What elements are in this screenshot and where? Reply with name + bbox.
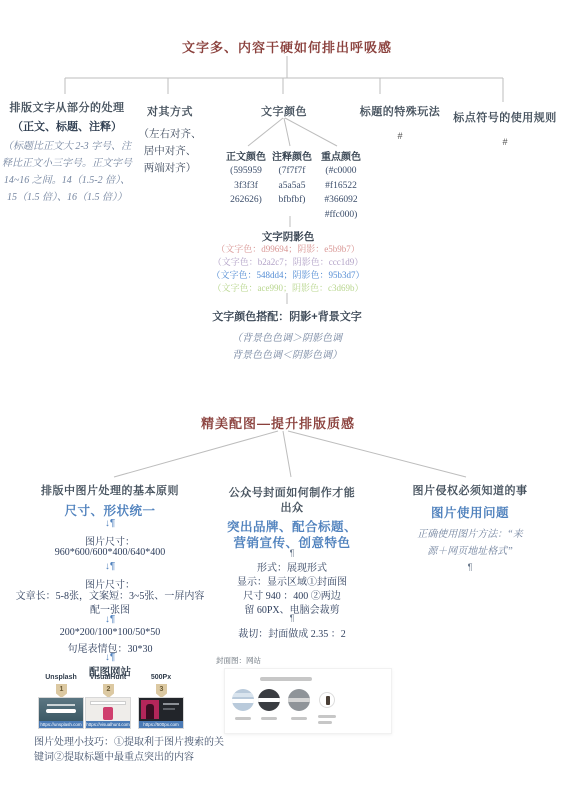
branch-text-parts-note: （标题比正文大 2-3 字号、注释比正文小三字号。正文字号 14~16 之间。1… [2, 138, 132, 206]
cover-size-line: 尺寸 940 ：400 ②两边 [243, 587, 341, 602]
cover-display-line: 显示：显示区域①封面图 [237, 573, 347, 588]
image-usage-subhead: 图片使用问题 [431, 503, 509, 521]
thumb-text-line [47, 704, 75, 706]
alignment-line: （左右对齐、 [139, 126, 202, 143]
branch-alignment-header: 对其方式 [147, 103, 193, 119]
thumb-photo [141, 700, 159, 719]
thumb-search-bar [46, 709, 76, 713]
color-value: (#c0000 [324, 164, 357, 179]
down-arrow-icon: ↓¶ [105, 518, 115, 529]
thumb-url: https://unsplash.com [39, 721, 83, 728]
tool-logo-detail [232, 693, 254, 697]
cover-tools-card [224, 668, 392, 734]
blurred-label [318, 721, 332, 724]
image-sizes-2: 200*200/100*100/50*50 [60, 627, 161, 638]
site-label-visualhunt: VisualHunt [90, 674, 126, 681]
color-value: 262626) [230, 193, 262, 208]
image-tip-caption: 图片处理小技巧：①提取利于图片搜索的关键词②提取标题中最重点突出的内容 [34, 735, 228, 765]
color-value: bfbfbf) [279, 193, 306, 208]
site-label-unsplash: Unsplash [45, 674, 77, 681]
color-value: (595959 [230, 164, 262, 179]
tool-logo-circle-1 [232, 689, 254, 711]
branch-text-color-header: 文字颜色 [261, 103, 307, 119]
tree1-title: 文字多、内容干硬如何排出呼吸感 [182, 37, 392, 56]
thumbnail-500px: https://500px.com [139, 698, 183, 728]
branch-alignment-lines: （左右对齐、 居中对齐、 两端对齐） [139, 126, 202, 177]
tool-logo-detail [326, 696, 330, 705]
image-sizes-1: 960*600/600*400/640*400 [55, 547, 166, 558]
cover-crop-line: 裁切：封面做成 2.35 ：2 [238, 625, 346, 640]
down-arrow-icon: ↓¶ [105, 614, 115, 625]
body-color-header: 正文颜色 [226, 148, 266, 163]
alignment-line: 两端对齐） [139, 160, 202, 177]
shadow-pair-1: （文字色：d99694；阴影：e5b9b7） [216, 243, 360, 257]
blurred-label [261, 717, 277, 720]
color-value: (7f7f7f [279, 164, 306, 179]
site-label-500px: 500Px [151, 674, 171, 681]
shadow-pair-2: （文字色：b2a2c7；阴影色：ccc1d9） [213, 256, 363, 270]
tool-logo-detail [232, 699, 254, 703]
annotation-color-values: (7f7f7f a5a5a5 bfbfbf) [279, 164, 306, 208]
branch-text-parts-sub: （正文、标题、注释） [12, 118, 122, 134]
branch-punctuation-header: 标点符号的使用规则 [453, 109, 557, 125]
text-shadow-header: 文字阴影色 [262, 229, 315, 244]
color-match-note-2: 背景色色调＜阴影色调） [232, 347, 342, 364]
thumb-text-line [163, 703, 179, 705]
size-shape-subhead: 尺寸、形状统一 [64, 501, 155, 519]
down-arrow-icon: ↓¶ [105, 561, 115, 572]
tool-logo-circle-3 [288, 689, 310, 711]
pilcrow-mark: ¶ [290, 548, 295, 558]
usage-method-note-2: 源＋网页地址格式” [427, 543, 513, 560]
thumbnail-visualhunt: https://visualhunt.com [86, 698, 130, 728]
pilcrow-mark: ¶ [290, 613, 295, 623]
thumb-search-bar [90, 701, 126, 705]
branch-text-parts-header: 排版文字从部分的处理 [10, 99, 125, 115]
down-arrow-icon: ↓¶ [105, 652, 115, 663]
tool-logo-detail [288, 698, 310, 702]
image-size-label-2: 图片尺寸： [85, 576, 135, 591]
color-match-header: 文字颜色搭配：阴影+背景文字 [212, 308, 361, 324]
annotation-color-header: 注释颜色 [272, 148, 312, 163]
thumb-photo-figure [103, 707, 113, 720]
blurred-label [318, 715, 336, 718]
color-value: #ffc000) [324, 208, 357, 223]
body-color-values: (595959 3f3f3f 262626) [230, 164, 262, 208]
shadow-pair-3: （文字色：548dd4；阴影色：95b3d7） [211, 269, 364, 283]
cover-site-note: 封面图：网站 [216, 655, 261, 666]
color-value: #366092 [324, 193, 357, 208]
copyright-header: 图片侵权必须知道的事 [413, 482, 528, 498]
thumb-text-line [163, 708, 175, 710]
pilcrow-mark: ¶ [468, 562, 473, 572]
usage-method-note-1: 正确使用图片方法：“来 [417, 526, 523, 543]
color-value: #f16522 [324, 179, 357, 194]
emphasis-color-values: (#c0000 #f16522 #366092 #ffc000) [324, 164, 357, 222]
tool-logo-circle-2 [258, 689, 280, 711]
alignment-line: 居中对齐、 [139, 143, 202, 160]
blurred-label [291, 717, 307, 720]
shadow-pair-4: （文字色：ace990；阴影色：c3d69b） [213, 282, 364, 296]
thumb-url: https://visualhunt.com [86, 721, 130, 728]
color-match-note-1: （背景色色调＞阴影色调 [232, 330, 342, 347]
thumb-url: https://500px.com [139, 721, 183, 728]
blurred-label [235, 717, 251, 720]
blurred-caption-text [260, 677, 312, 681]
color-value: a5a5a5 [279, 179, 306, 194]
thumbnail-unsplash: https://unsplash.com [39, 698, 83, 728]
cover-design-header-line2: 出众 [281, 499, 304, 515]
thumb-photo-silhouette [146, 704, 154, 719]
tool-logo-detail [258, 698, 280, 702]
emphasis-color-header: 重点颜色 [321, 148, 361, 163]
branch-title-tricks-header: 标题的特殊玩法 [360, 103, 441, 119]
tool-logo-circle-4 [319, 692, 335, 708]
branch-title-tricks-mark: # [397, 131, 402, 141]
cover-format-line: 形式：展现形式 [257, 559, 327, 574]
tree2-title: 精美配图—提升排版质感 [201, 413, 355, 432]
image-size-label-1: 图片尺寸： [85, 533, 135, 548]
color-value: 3f3f3f [230, 179, 262, 194]
image-rules-header: 排版中图片处理的基本原则 [41, 482, 179, 498]
branch-punctuation-mark: # [502, 137, 507, 147]
cover-design-header-line1: 公众号封面如何制作才能 [229, 484, 356, 500]
